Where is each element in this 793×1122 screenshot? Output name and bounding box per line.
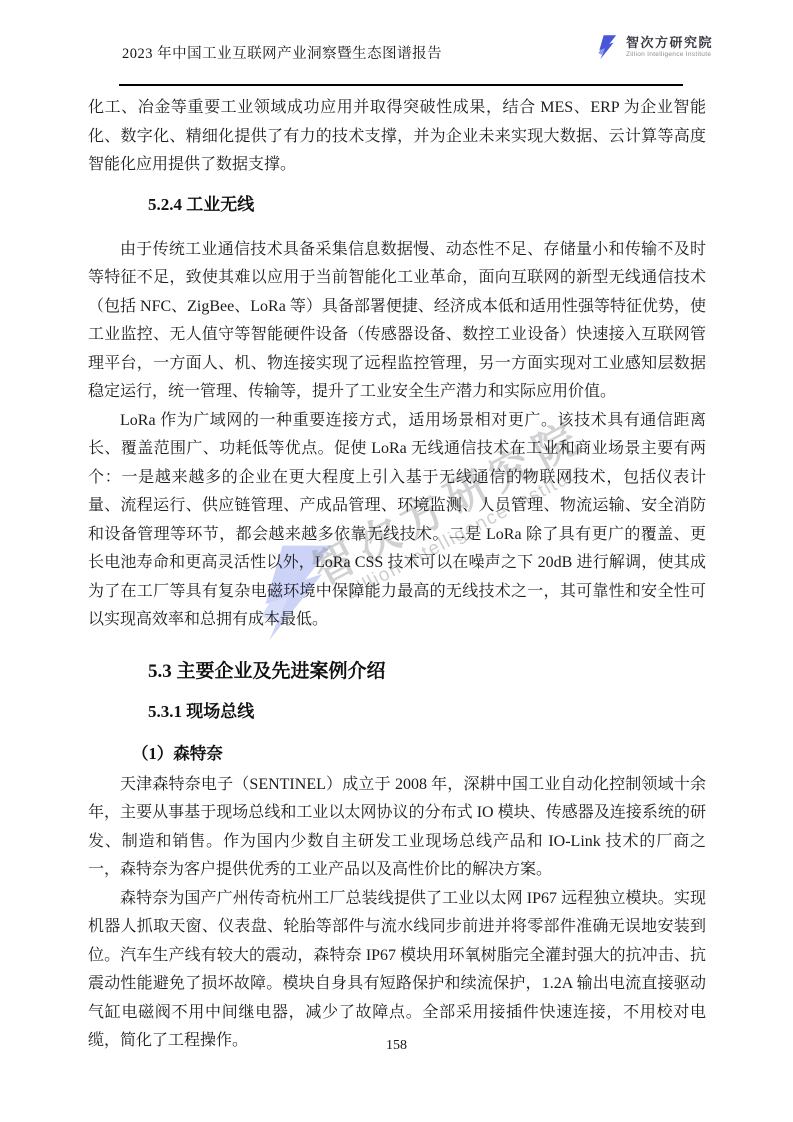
body-paragraph-2: 由于传统工业通信技术具备采集信息数据慢、动态性不足、存储量小和传输不及时等特征不…: [88, 236, 706, 407]
zillion-bolt-icon: [596, 33, 620, 61]
page-header: 2023 年中国工业互联网产业洞察暨生态图谱报告 智次方研究院 Zillion …: [0, 0, 793, 86]
body-paragraph-4: 天津森特奈电子（SENTINEL）成立于 2008 年，深耕中国工业自动化控制领…: [88, 771, 706, 885]
report-title: 2023 年中国工业互联网产业洞察暨生态图谱报告: [122, 42, 442, 63]
body-paragraph-3: LoRa 作为广域网的一种重要连接方式，适用场景相对更广。该技术具有通信距离长、…: [88, 407, 706, 635]
section-heading-5-3-1: 5.3.1 现场总线: [88, 701, 706, 723]
section-heading-5-3: 5.3 主要企业及先进案例介绍: [88, 659, 706, 685]
org-name-cn: 智次方研究院: [626, 36, 713, 49]
org-logo: 智次方研究院 Zillion Intelligence Institute: [596, 33, 713, 61]
section-heading-5-2-4: 5.2.4 工业无线: [88, 194, 706, 216]
case-heading-sentinel: （1）森特奈: [88, 743, 706, 765]
org-logo-text: 智次方研究院 Zillion Intelligence Institute: [626, 36, 713, 59]
document-body: 化工、冶金等重要工业领域成功应用并取得突破性成果，结合 MES、ERP 为企业智…: [88, 86, 706, 1056]
body-paragraph-5: 森特奈为国产广州传奇杭州工厂总装线提供了工业以太网 IP67 远程独立模块。实现…: [88, 885, 706, 1056]
page-number: 158: [0, 1038, 793, 1054]
org-name-en: Zillion Intelligence Institute: [626, 52, 713, 59]
body-paragraph-1: 化工、冶金等重要工业领域成功应用并取得突破性成果，结合 MES、ERP 为企业智…: [88, 94, 706, 180]
